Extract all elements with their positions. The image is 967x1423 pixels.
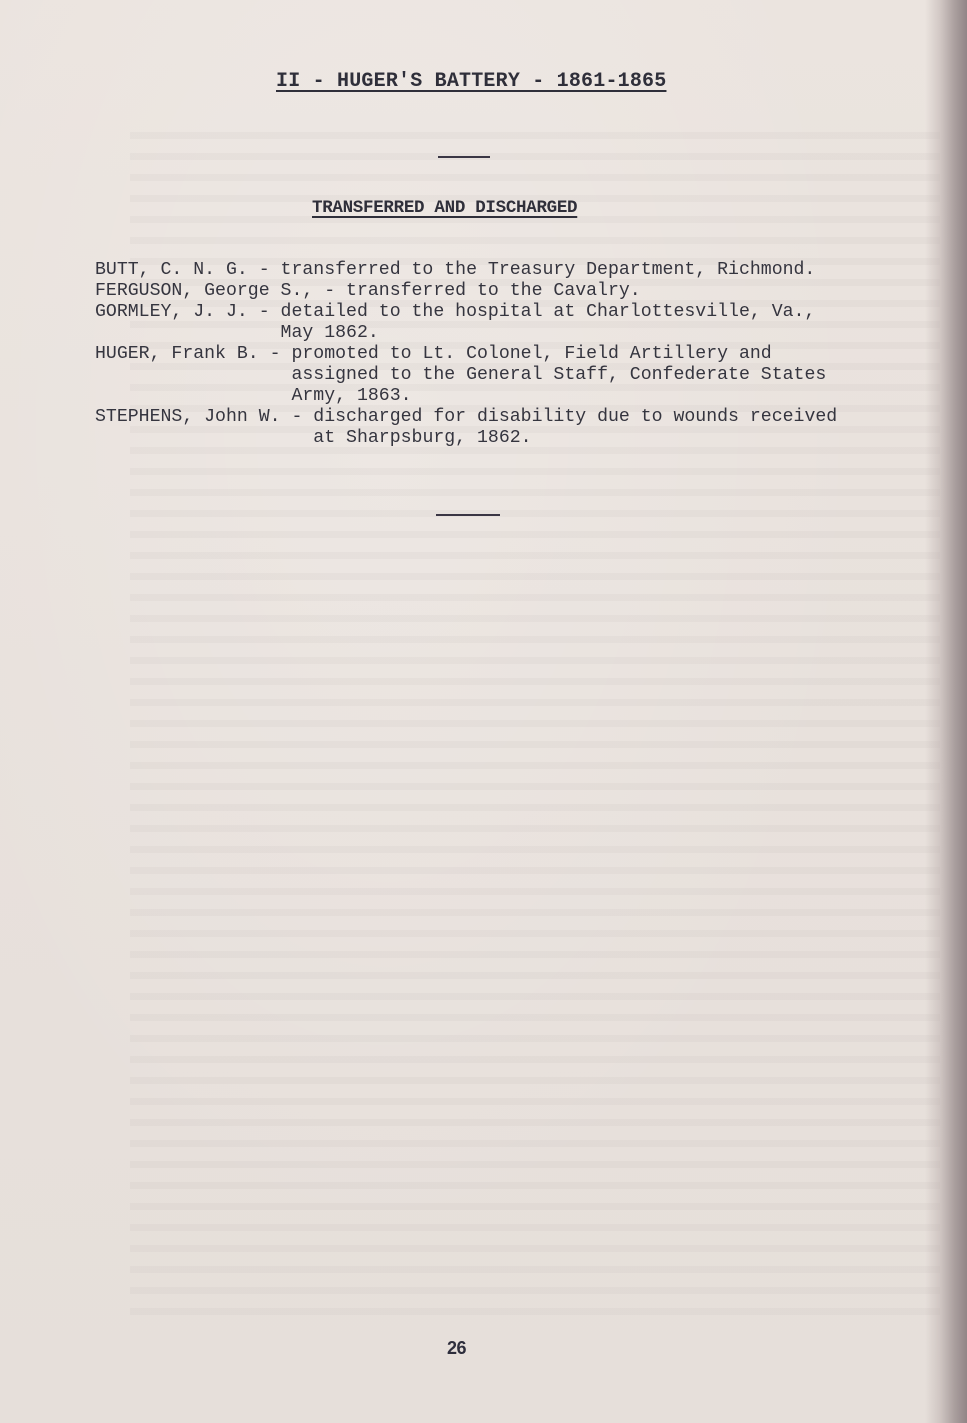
- entry-detail: promoted to Lt. Colonel, Field Artillery…: [291, 344, 826, 407]
- entry-detail-line: promoted to Lt. Colonel, Field Artillery…: [291, 344, 826, 365]
- entry-detail: transferred to the Treasury Department, …: [281, 260, 816, 281]
- page-title: II - HUGER'S BATTERY - 1861-1865: [276, 70, 666, 93]
- roster-entry: STEPHENS, John W. - discharged for disab…: [95, 407, 965, 449]
- entry-detail-line: May 1862.: [281, 323, 816, 344]
- entry-detail-line: transferred to the Treasury Department, …: [281, 260, 816, 281]
- roster-entry: FERGUSON, George S., - transferred to th…: [95, 281, 965, 302]
- entry-detail-line: transferred to the Cavalry.: [346, 281, 641, 302]
- document-page: II - HUGER'S BATTERY - 1861-1865 TRANSFE…: [0, 0, 967, 1423]
- divider-rule: [436, 514, 500, 516]
- entry-detail-line: Army, 1863.: [291, 386, 826, 407]
- roster-entry: HUGER, Frank B. - promoted to Lt. Colone…: [95, 344, 965, 407]
- entry-detail: discharged for disability due to wounds …: [313, 407, 837, 449]
- entry-name: GORMLEY, J. J. -: [95, 302, 281, 344]
- roster-list: BUTT, C. N. G. - transferred to the Trea…: [95, 260, 965, 449]
- entry-name: FERGUSON, George S., -: [95, 281, 346, 302]
- entry-name: BUTT, C. N. G. -: [95, 260, 281, 281]
- roster-entry: BUTT, C. N. G. - transferred to the Trea…: [95, 260, 965, 281]
- entry-detail-line: at Sharpsburg, 1862.: [313, 428, 837, 449]
- entry-name: HUGER, Frank B. -: [95, 344, 291, 407]
- entry-detail-line: detailed to the hospital at Charlottesvi…: [281, 302, 816, 323]
- entry-detail-line: discharged for disability due to wounds …: [313, 407, 837, 428]
- roster-entry: GORMLEY, J. J. - detailed to the hospita…: [95, 302, 965, 344]
- entry-detail: detailed to the hospital at Charlottesvi…: [281, 302, 816, 344]
- entry-name: STEPHENS, John W. -: [95, 407, 313, 449]
- binding-shadow: [925, 0, 967, 1423]
- divider-rule: [438, 156, 490, 158]
- entry-detail: transferred to the Cavalry.: [346, 281, 641, 302]
- section-heading: TRANSFERRED AND DISCHARGED: [312, 198, 577, 218]
- page-number: 26: [447, 1338, 466, 1359]
- entry-detail-line: assigned to the General Staff, Confedera…: [291, 365, 826, 386]
